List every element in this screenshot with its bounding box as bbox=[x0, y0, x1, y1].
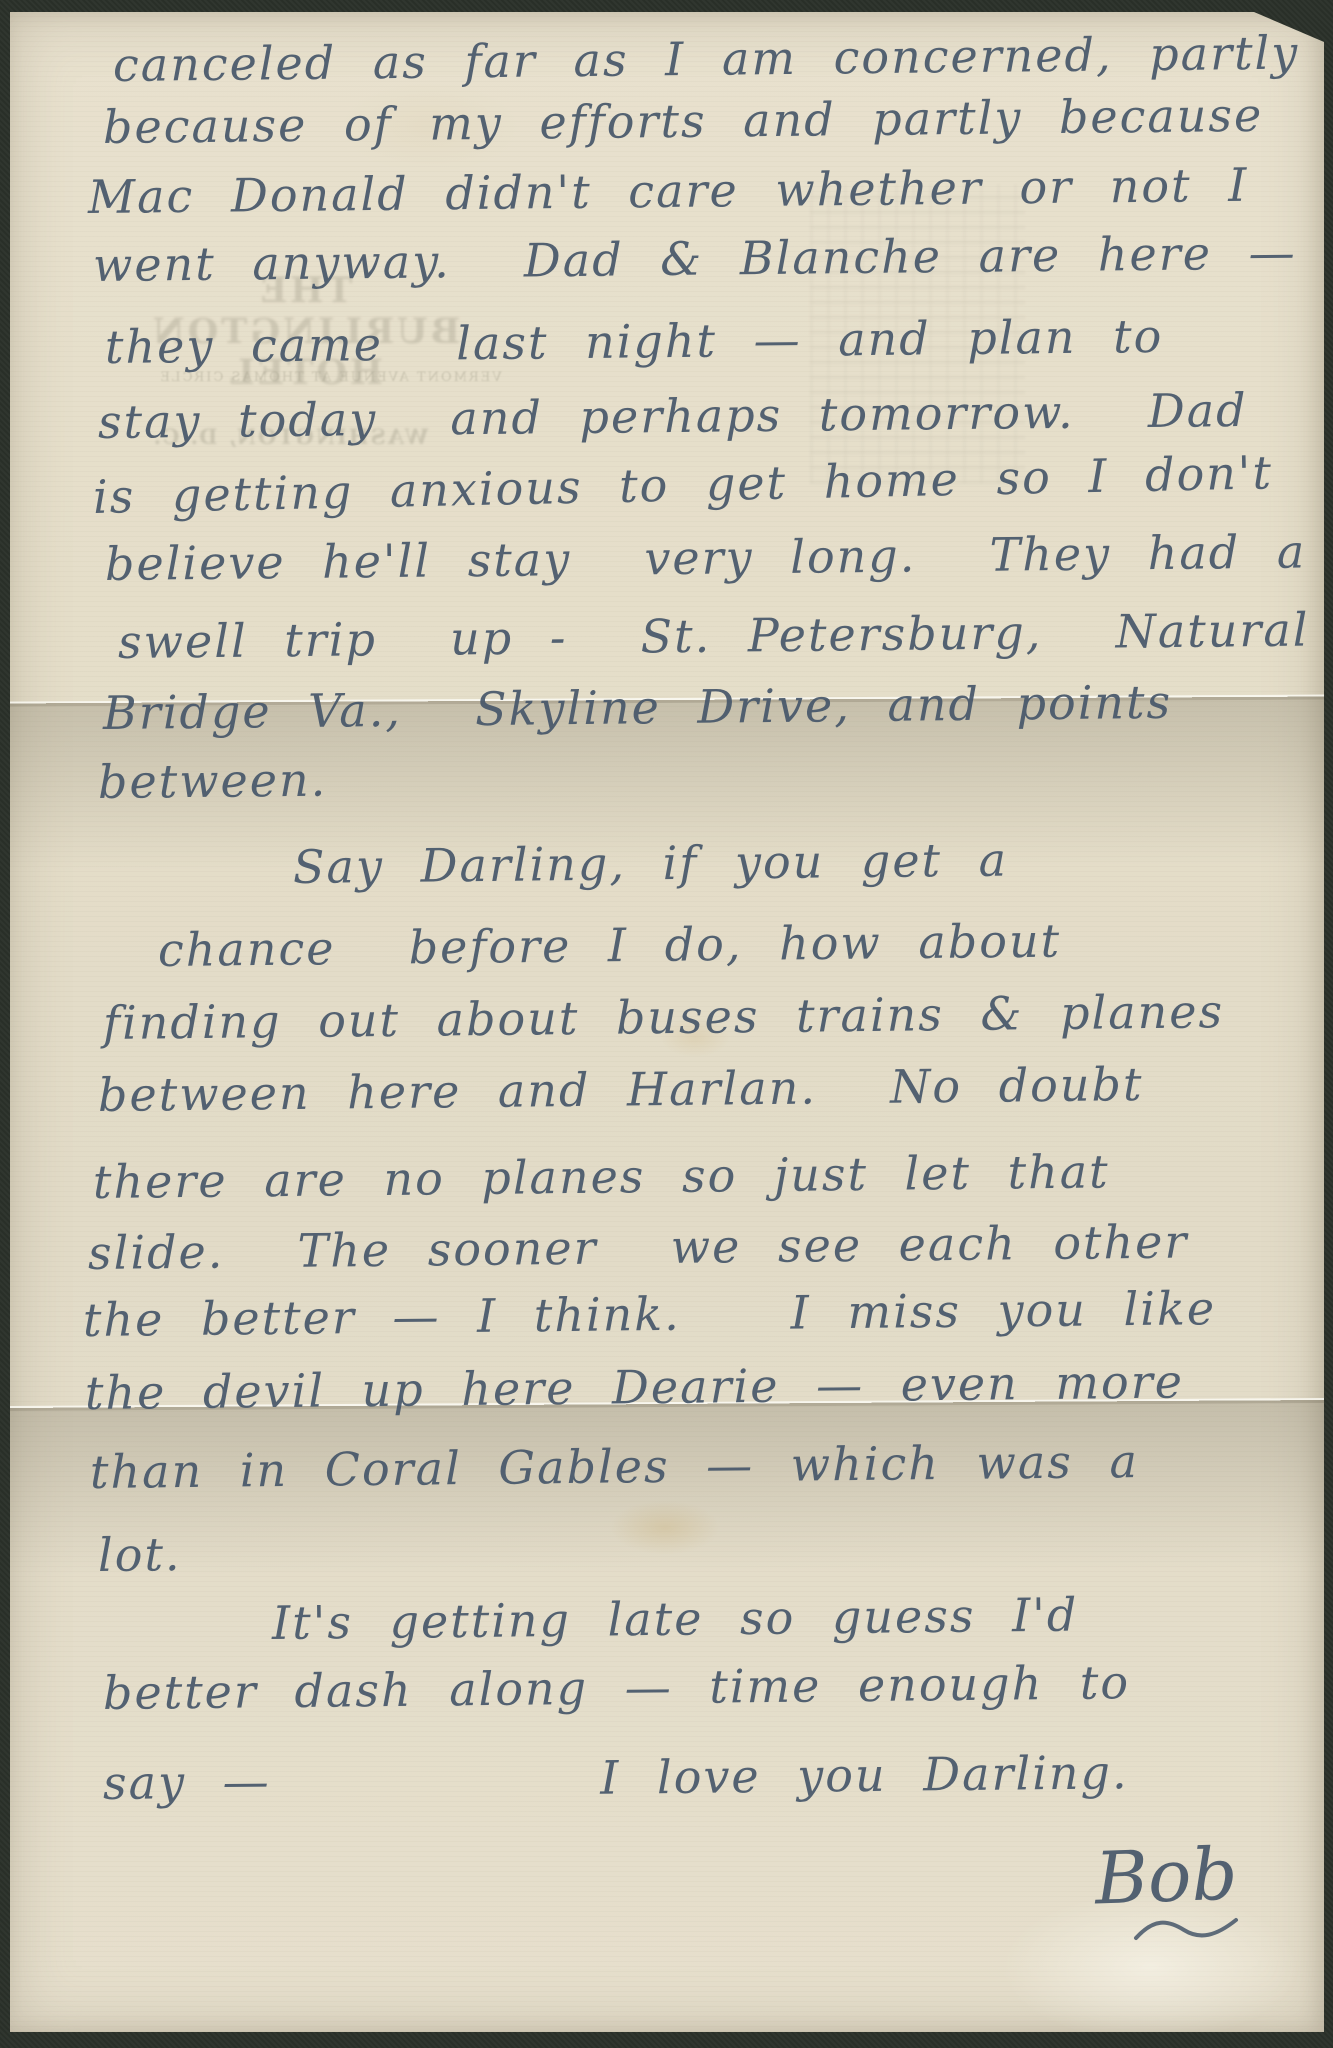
handwritten-line: canceled as far as I am concerned, partl… bbox=[113, 28, 1300, 91]
handwritten-line: went anyway. Dad & Blanche are here — bbox=[93, 227, 1297, 290]
scanned-letter-background: THE BURLINGTON HOTEL VERMONT AVENUE AT T… bbox=[0, 0, 1333, 2048]
handwritten-line: is getting anxious to get home so I don'… bbox=[92, 447, 1273, 522]
handwritten-line: they came last night — and plan to bbox=[105, 311, 1164, 373]
handwritten-line: stay today and perhaps tomorrow. Dad bbox=[98, 385, 1248, 448]
handwritten-line: than in Coral Gables — which was a bbox=[90, 1436, 1139, 1498]
handwritten-line: Mac Donald didn't care whether or not I bbox=[88, 160, 1249, 223]
paper-stain bbox=[610, 1500, 720, 1555]
handwritten-line: Say Darling, if you get a bbox=[293, 835, 1009, 893]
handwritten-line: there are no planes so just let that bbox=[93, 1146, 1110, 1207]
signature: Bob bbox=[1094, 1832, 1239, 1921]
handwritten-line: believe he'll stay very long. They had a bbox=[105, 526, 1307, 589]
handwritten-line: lot. bbox=[98, 1529, 182, 1580]
handwritten-line: the better — I think. I miss you like bbox=[83, 1283, 1217, 1345]
handwritten-line: swell trip up - St. Petersburg, Natural bbox=[118, 605, 1310, 668]
letter-page: THE BURLINGTON HOTEL VERMONT AVENUE AT T… bbox=[10, 12, 1324, 2032]
handwritten-line: say — I love you Darling. bbox=[103, 1747, 1129, 1808]
handwritten-line: the devil up here Dearie — even more bbox=[85, 1356, 1184, 1418]
handwritten-line: between. bbox=[98, 755, 328, 808]
handwritten-line: finding out about buses trains & planes bbox=[103, 986, 1225, 1048]
handwritten-line: better dash along — time enough to bbox=[103, 1657, 1131, 1718]
handwritten-line: It's getting late so guess I'd bbox=[272, 1590, 1079, 1649]
handwritten-line: because of my efforts and partly because bbox=[103, 90, 1264, 153]
handwritten-line: Bridge Va., Skyline Drive, and points bbox=[103, 677, 1173, 739]
handwritten-line: between here and Harlan. No doubt bbox=[98, 1059, 1144, 1121]
handwritten-line: chance before I do, how about bbox=[158, 916, 1062, 976]
handwritten-line: slide. The sooner we see each other bbox=[88, 1216, 1189, 1278]
signature-flourish-icon bbox=[1132, 1912, 1242, 1950]
